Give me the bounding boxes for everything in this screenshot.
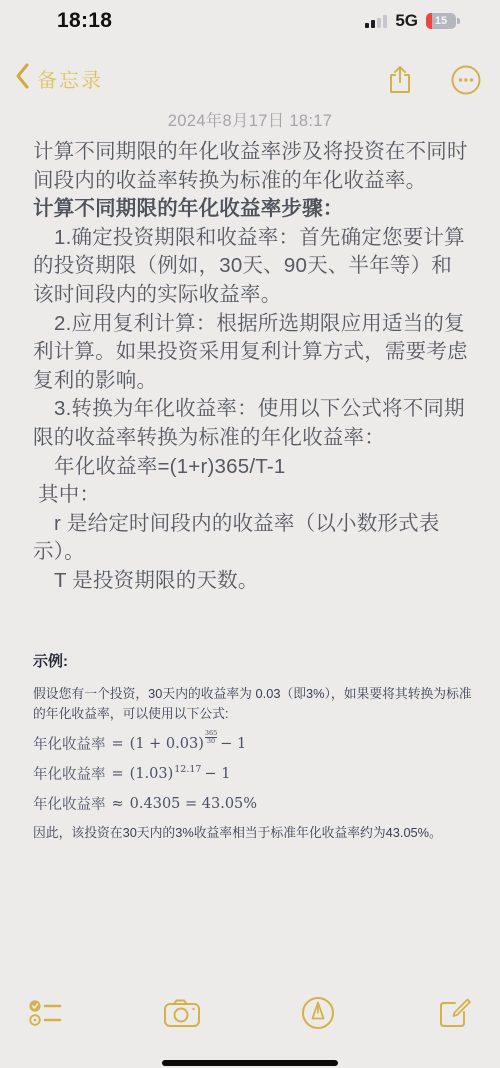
- note-paragraph: r 是给定时间段内的收益率（以小数形式表示）。: [33, 510, 471, 567]
- clock: 18:18: [57, 9, 112, 33]
- battery-percent: 15: [426, 13, 456, 29]
- example-block: 示例: 假设您有一个投资，30天内的收益率为 0.03（即3%），如果要将其转换…: [33, 650, 477, 842]
- formula-line-3: 年化收益率 ≈ 0.4305 = 43.05%: [33, 793, 477, 814]
- formula-relation: =: [112, 766, 124, 782]
- back-button-label: 备忘录: [37, 64, 103, 93]
- formula-line-1: 年化收益率 = (1 + 0.03) 365 30 − 1: [33, 733, 477, 754]
- formula-line-2: 年化收益率 = (1.03) 12.17 − 1: [33, 763, 477, 784]
- share-button[interactable]: [384, 64, 416, 96]
- formula-relation: =: [112, 736, 124, 752]
- status-bar: 18:18 5G 15: [0, 0, 500, 44]
- example-conclusion: 因此，该投资在30天内的3%收益率相当于标准年化收益率约为43.05%。: [33, 823, 477, 842]
- cellular-signal-icon: [365, 15, 387, 28]
- formula-result: 0.4305 = 43.05%: [130, 796, 257, 812]
- status-indicators: 5G 15: [365, 11, 460, 31]
- nav-bar: 备忘录: [0, 56, 500, 104]
- formula-relation: ≈: [112, 796, 124, 812]
- formula-base: (1.03): [130, 766, 174, 782]
- checklist-button[interactable]: [28, 997, 64, 1033]
- note-date: 2024年8月17日 18:17: [0, 107, 500, 131]
- back-chevron-icon: [14, 62, 30, 95]
- note-paragraph: 1.确定投资期限和收益率：首先确定您要计算的投资期限（例如，30天、90天、半年…: [33, 224, 471, 310]
- battery-cap: [457, 18, 460, 24]
- note-paragraph: 其中：: [33, 481, 471, 510]
- note-paragraph: 3.转换为年化收益率：使用以下公式将不同期限的收益率转换为标准的年化收益率：: [33, 395, 471, 452]
- formula-exponent-fraction: 365 30: [205, 730, 217, 745]
- example-title: 示例:: [33, 650, 477, 671]
- note-paragraph: 计算不同期限的年化收益率涉及将投资在不同时间段内的收益率转换为标准的年化收益率。: [33, 138, 471, 195]
- formula-tail: − 1: [204, 766, 230, 782]
- formula-lhs: 年化收益率: [33, 763, 106, 784]
- note-paragraph-bold: 计算不同期限的年化收益率步骤：: [33, 195, 471, 224]
- formula-lhs: 年化收益率: [33, 733, 106, 754]
- notes-app-screen: 18:18 5G 15 备忘录: [0, 0, 500, 1068]
- example-intro: 假设您有一个投资，30天内的收益率为 0.03（即3%），如果要将其转换为标准的…: [33, 684, 477, 724]
- formula-tail: − 1: [220, 736, 246, 752]
- note-content[interactable]: 计算不同期限的年化收益率涉及将投资在不同时间段内的收益率转换为标准的年化收益率。…: [33, 138, 471, 596]
- formula-lhs: 年化收益率: [33, 793, 106, 814]
- camera-button[interactable]: [164, 997, 200, 1033]
- share-icon: [384, 83, 416, 100]
- back-button[interactable]: 备忘录: [14, 62, 103, 95]
- formula-base: (1 + 0.03): [130, 736, 204, 752]
- markup-pen-icon: [300, 995, 336, 1036]
- network-type-label: 5G: [395, 11, 418, 31]
- compose-icon: [436, 995, 472, 1036]
- home-indicator[interactable]: [162, 1060, 338, 1066]
- bottom-toolbar: [0, 986, 500, 1044]
- note-paragraph: T 是投资期限的天数。: [33, 567, 471, 596]
- note-formula-line: 年化收益率=(1+r)365/T-1: [33, 453, 471, 482]
- battery-icon: 15: [426, 13, 460, 29]
- more-options-icon: [450, 83, 482, 100]
- formula-exponent: 12.17: [174, 764, 201, 775]
- markup-button[interactable]: [300, 997, 336, 1033]
- checklist-icon: [28, 996, 64, 1035]
- camera-icon: [163, 998, 201, 1033]
- note-paragraph: 2.应用复利计算：根据所选期限应用适当的复利计算。如果投资采用复利计算方式，需要…: [33, 310, 471, 396]
- compose-button[interactable]: [436, 997, 472, 1033]
- more-options-button[interactable]: [450, 64, 482, 96]
